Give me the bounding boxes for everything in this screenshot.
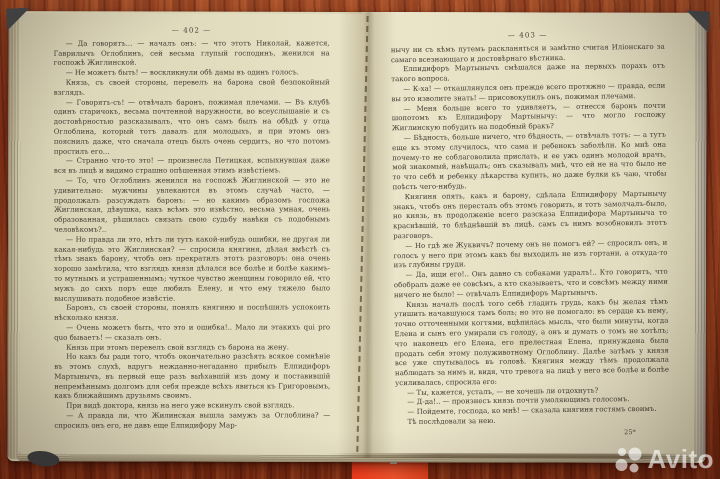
- avito-dots-icon: [614, 445, 644, 475]
- paragraph: — Говорятъ-съ! — отвѣчалъ баронъ, пожима…: [54, 98, 330, 157]
- open-book: — 402 — — Да говорятъ... — началъ онъ: —…: [7, 11, 706, 463]
- right-page-text: — 403 — нычу ни съ кѣмъ путемъ раскланят…: [391, 29, 670, 453]
- paragraph: Князь при этомъ перевелъ свой взглядъ съ…: [54, 343, 330, 353]
- paragraph: — Но правда ли это, нѣтъ ли тутъ какой-н…: [54, 235, 330, 304]
- photo-of-open-book: — 402 — — Да говорятъ... — началъ онъ: —…: [0, 0, 720, 479]
- paragraph: Князь, съ своей стороны, перевелъ на бар…: [54, 78, 330, 98]
- signature-mark: 25*: [396, 427, 670, 440]
- paragraph: При видѣ доктора, князь на него уже вски…: [54, 402, 330, 412]
- left-page-text: — 402 — — Да говорятъ... — началъ онъ: —…: [54, 25, 331, 453]
- avito-wordmark: Avito: [647, 444, 714, 475]
- paragraph: — Да говорятъ... — началъ онъ: — что это…: [54, 39, 330, 69]
- paragraph: — Да, ищи его!.. Онъ давно съ собаками у…: [394, 268, 668, 301]
- paragraph: Но какъ бы ради того, чтобъ окончательно…: [54, 353, 330, 402]
- avito-watermark: Avito: [614, 444, 714, 475]
- paragraph: — Не можетъ быть! — воскликнули обѣ дамы…: [54, 69, 330, 79]
- left-page-number: — 402 —: [54, 25, 330, 35]
- paragraph: — Меня больше всего то удивляетъ, — отне…: [392, 101, 666, 134]
- page-fore-edge-right: [694, 13, 706, 461]
- paragraph: — Бѣдность, больше ничего, что бѣдность,…: [392, 131, 667, 193]
- paragraph: — Но гдѣ же Жуквичъ? почему онъ не помог…: [393, 238, 667, 271]
- paragraph: Княгиня опять, какъ и барону, сдѣлала Ел…: [393, 189, 668, 242]
- paragraph: Баронъ, съ своей стороны, понялъ княгиню…: [54, 304, 330, 324]
- paragraph: — То, что Оглоблинъ женился на госпожѣ Ж…: [54, 176, 330, 235]
- paragraph: Князь началъ послѣ того себѣ гладить гру…: [394, 297, 669, 389]
- paragraph: — А правда ли, что Жилинская вышла замуж…: [54, 411, 330, 431]
- paragraph: — Странно что-то это! — произнесла Петиц…: [54, 157, 330, 177]
- paragraph: — Очень можетъ быть, что это и ошибка!..…: [54, 323, 330, 343]
